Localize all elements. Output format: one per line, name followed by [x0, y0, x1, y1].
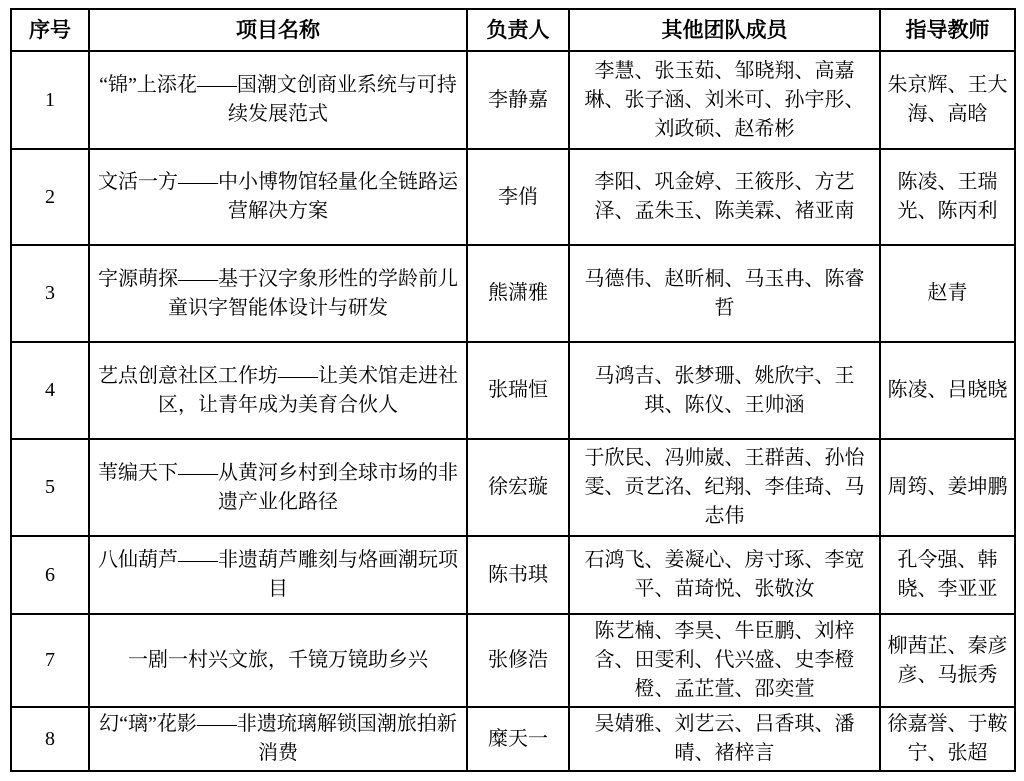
- members-cell: 于欣民、冯帅崴、王群茜、孙怡雯、贡艺洺、纪翔、李佳琦、马志伟: [569, 439, 880, 536]
- row-index-cell: 6: [11, 536, 89, 614]
- table-header: 序号 项目名称 负责人 其他团队成员 指导教师: [11, 9, 1015, 51]
- advisors-cell: 孔令强、韩晓、李亚亚: [880, 536, 1015, 614]
- row-index-cell: 4: [11, 342, 89, 439]
- advisors-cell: 徐嘉誉、于鞍宁、张超: [880, 707, 1015, 771]
- table-row: 1 “锦”上添花——国潮文创商业系统与可持续发展范式 李静嘉 李慧、张玉茹、邹晓…: [11, 51, 1015, 149]
- project-name-cell: 文活一方——中小博物馆轻量化全链路运营解决方案: [89, 149, 467, 245]
- header-row: 序号 项目名称 负责人 其他团队成员 指导教师: [11, 9, 1015, 51]
- leader-cell: 陈书琪: [467, 536, 569, 614]
- header-index: 序号: [11, 9, 89, 51]
- table-row: 4 艺点创意社区工作坊——让美术馆走进社区，让青年成为美育合伙人 张瑞恒 马鸿吉…: [11, 342, 1015, 439]
- leader-cell: 张瑞恒: [467, 342, 569, 439]
- members-cell: 陈艺楠、李昊、牛臣鹏、刘梓含、田雯利、代兴盛、史李橙橙、孟芷萱、邵奕萱: [569, 614, 880, 707]
- row-index-cell: 5: [11, 439, 89, 536]
- row-index-cell: 1: [11, 51, 89, 149]
- advisors-cell: 朱京辉、王大海、高晗: [880, 51, 1015, 149]
- project-name-cell: 八仙葫芦——非遗葫芦雕刻与烙画潮玩项目: [89, 536, 467, 614]
- leader-cell: 糜天一: [467, 707, 569, 771]
- project-name-cell: 苇编天下——从黄河乡村到全球市场的非遗产业化路径: [89, 439, 467, 536]
- table-row: 6 八仙葫芦——非遗葫芦雕刻与烙画潮玩项目 陈书琪 石鸿飞、姜凝心、房寸琢、李宽…: [11, 536, 1015, 614]
- header-advisors: 指导教师: [880, 9, 1015, 51]
- leader-cell: 熊潇雅: [467, 245, 569, 342]
- members-cell: 吴婧雅、刘艺云、吕香琪、潘晴、褚梓言: [569, 707, 880, 771]
- members-cell: 马鸿吉、张梦珊、姚欣宇、王琪、陈仪、王帅涵: [569, 342, 880, 439]
- members-cell: 石鸿飞、姜凝心、房寸琢、李宽平、苗琦悦、张敬汝: [569, 536, 880, 614]
- project-roster-table: 序号 项目名称 负责人 其他团队成员 指导教师 1 “锦”上添花——国潮文创商业…: [10, 8, 1016, 772]
- advisors-cell: 陈凌、吕晓晓: [880, 342, 1015, 439]
- header-leader: 负责人: [467, 9, 569, 51]
- row-index-cell: 8: [11, 707, 89, 771]
- project-name-cell: 幻“璃”花影——非遗琉璃解锁国潮旅拍新消费: [89, 707, 467, 771]
- table-body: 1 “锦”上添花——国潮文创商业系统与可持续发展范式 李静嘉 李慧、张玉茹、邹晓…: [11, 51, 1015, 771]
- row-index-cell: 2: [11, 149, 89, 245]
- table-row: 8 幻“璃”花影——非遗琉璃解锁国潮旅拍新消费 糜天一 吴婧雅、刘艺云、吕香琪、…: [11, 707, 1015, 771]
- advisors-cell: 周筠、姜坤鹏: [880, 439, 1015, 536]
- advisors-cell: 陈凌、王瑞光、陈丙利: [880, 149, 1015, 245]
- row-index-cell: 7: [11, 614, 89, 707]
- header-team-members: 其他团队成员: [569, 9, 880, 51]
- advisors-cell: 柳茜芷、秦彦彦、马振秀: [880, 614, 1015, 707]
- leader-cell: 李静嘉: [467, 51, 569, 149]
- leader-cell: 张修浩: [467, 614, 569, 707]
- members-cell: 李慧、张玉茹、邹晓翔、高嘉琳、张子涵、刘米可、孙宇彤、刘政硕、赵希彬: [569, 51, 880, 149]
- header-project-name: 项目名称: [89, 9, 467, 51]
- project-name-cell: 一剧一村兴文旅，千镜万镜助乡兴: [89, 614, 467, 707]
- advisors-cell: 赵青: [880, 245, 1015, 342]
- table-row: 5 苇编天下——从黄河乡村到全球市场的非遗产业化路径 徐宏璇 于欣民、冯帅崴、王…: [11, 439, 1015, 536]
- project-name-cell: 艺点创意社区工作坊——让美术馆走进社区，让青年成为美育合伙人: [89, 342, 467, 439]
- members-cell: 马德伟、赵昕桐、马玉冉、陈睿哲: [569, 245, 880, 342]
- leader-cell: 李俏: [467, 149, 569, 245]
- table-row: 2 文活一方——中小博物馆轻量化全链路运营解决方案 李俏 李阳、巩金婷、王筱彤、…: [11, 149, 1015, 245]
- table-row: 3 字源萌探——基于汉字象形性的学龄前儿童识字智能体设计与研发 熊潇雅 马德伟、…: [11, 245, 1015, 342]
- table-row: 7 一剧一村兴文旅，千镜万镜助乡兴 张修浩 陈艺楠、李昊、牛臣鹏、刘梓含、田雯利…: [11, 614, 1015, 707]
- project-name-cell: 字源萌探——基于汉字象形性的学龄前儿童识字智能体设计与研发: [89, 245, 467, 342]
- leader-cell: 徐宏璇: [467, 439, 569, 536]
- project-name-cell: “锦”上添花——国潮文创商业系统与可持续发展范式: [89, 51, 467, 149]
- row-index-cell: 3: [11, 245, 89, 342]
- document-page: 序号 项目名称 负责人 其他团队成员 指导教师 1 “锦”上添花——国潮文创商业…: [0, 0, 1024, 781]
- members-cell: 李阳、巩金婷、王筱彤、方艺泽、孟朱玉、陈美霖、褚亚南: [569, 149, 880, 245]
